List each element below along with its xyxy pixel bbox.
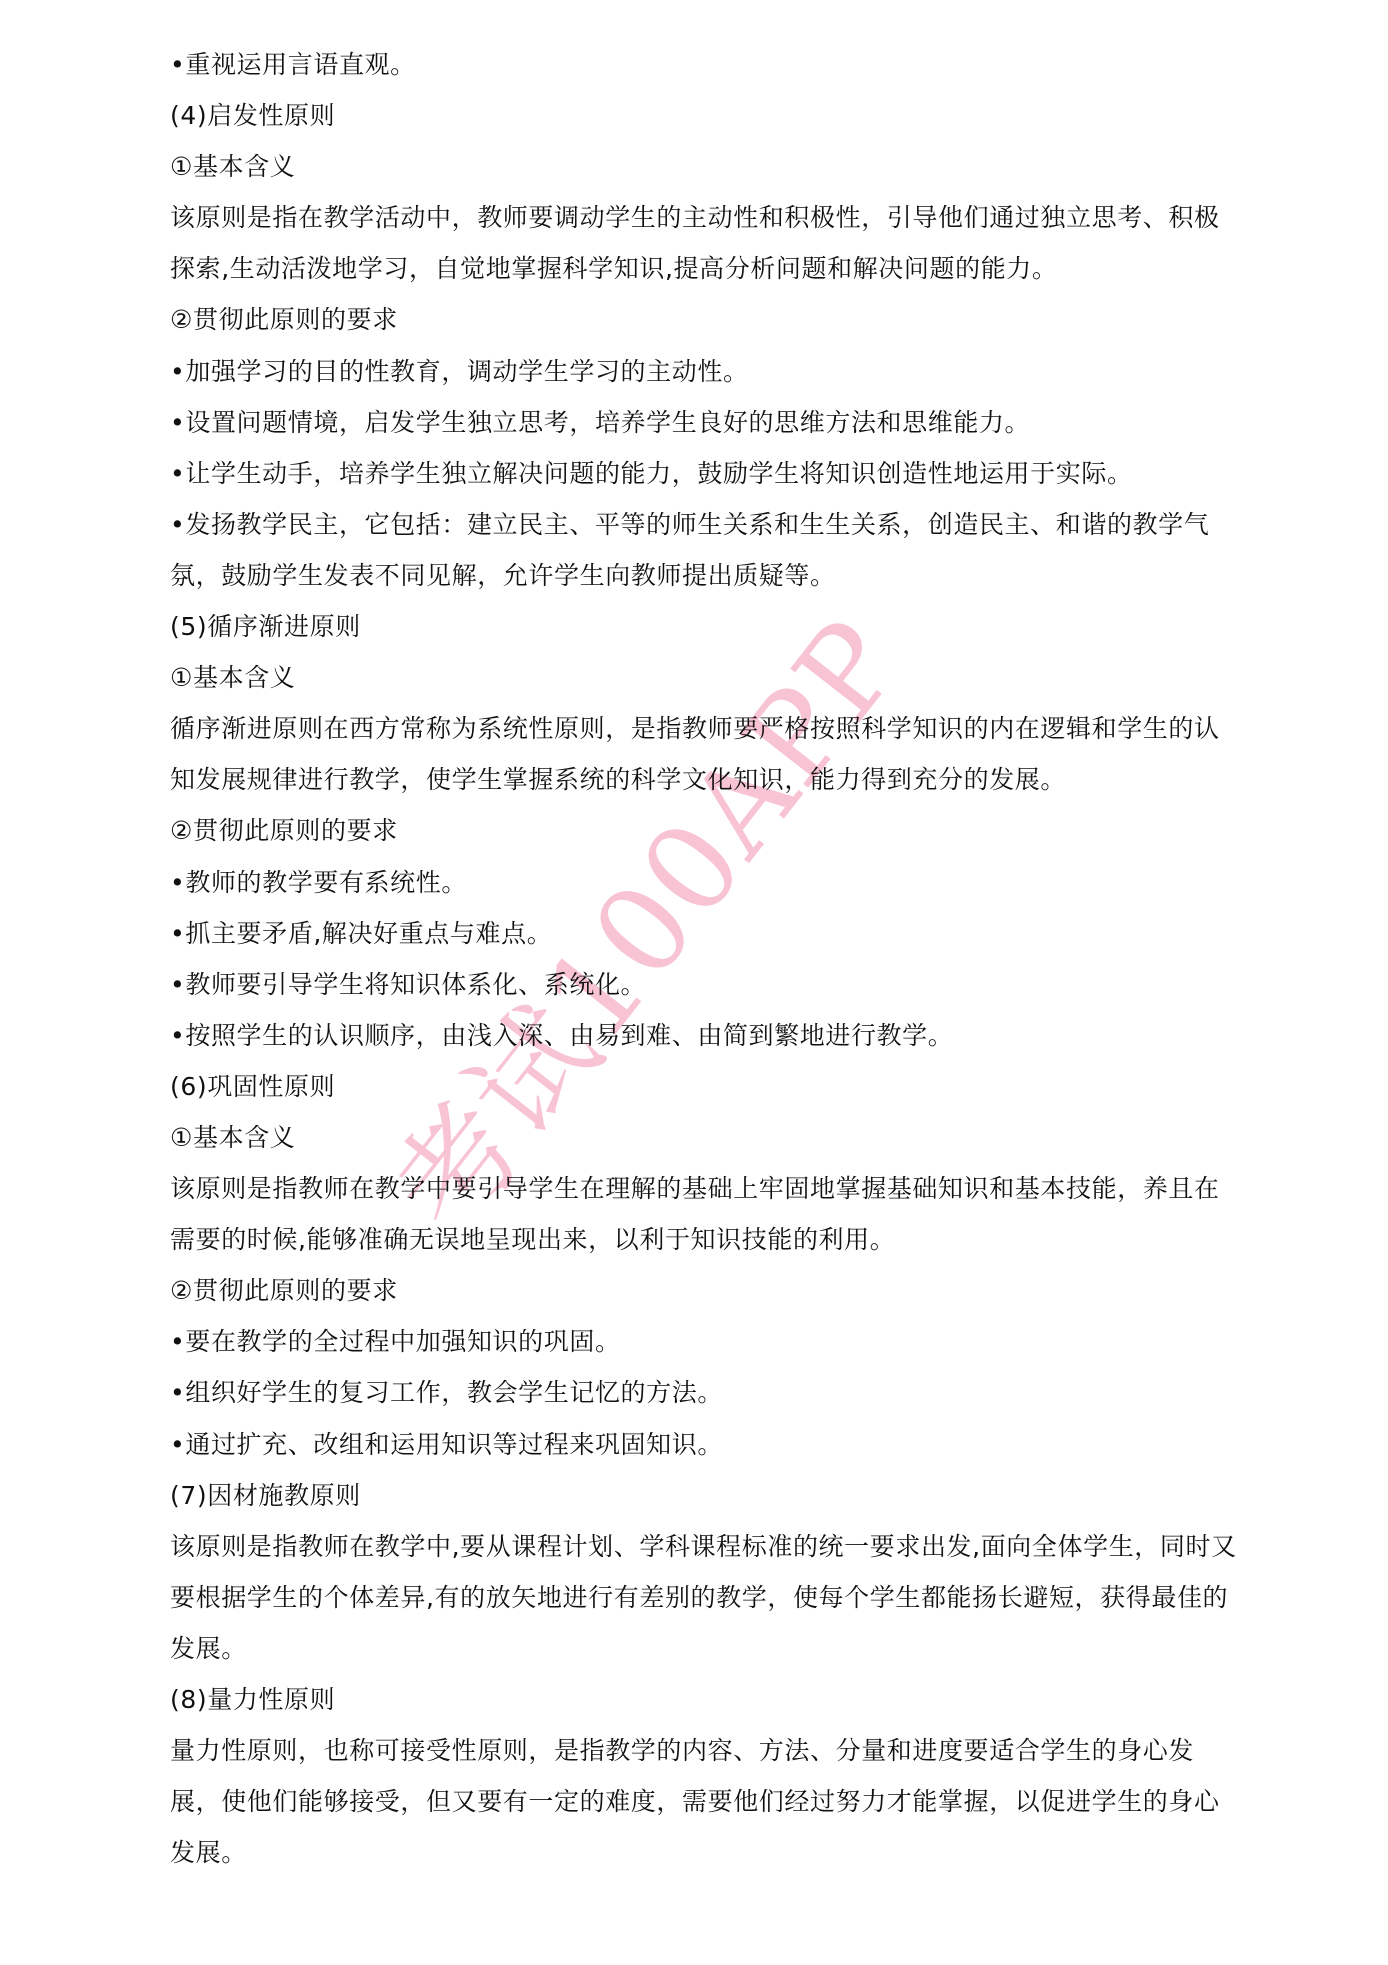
- paragraph-line: 该原则是指在教学活动中，教师要调动学生的主动性和积极性，引导他们通过独立思考、积…: [170, 192, 1230, 243]
- subsection-heading: ②贯彻此原则的要求: [170, 805, 1230, 856]
- bullet-item: •抓主要矛盾,解决好重点与难点。: [170, 908, 1230, 959]
- paragraph-line: 探索,生动活泼地学习，自觉地掌握科学知识,提高分析问题和解决问题的能力。: [170, 243, 1230, 294]
- paragraph-line: 发展。: [170, 1623, 1230, 1674]
- subsection-heading: ②贯彻此原则的要求: [170, 294, 1230, 345]
- bullet-item: •重视运用言语直观。: [170, 39, 1230, 90]
- paragraph-line: 该原则是指教师在教学中,要从课程计划、学科课程标准的统一要求出发,面向全体学生，…: [170, 1521, 1230, 1572]
- bullet-item: •按照学生的认识顺序，由浅入深、由易到难、由简到繁地进行教学。: [170, 1010, 1230, 1061]
- subsection-heading: ①基本含义: [170, 1112, 1230, 1163]
- bullet-item: •设置问题情境，启发学生独立思考，培养学生良好的思维方法和思维能力。: [170, 397, 1230, 448]
- bullet-item: •发扬教学民主，它包括：建立民主、平等的师生关系和生生关系，创造民主、和谐的教学…: [170, 499, 1230, 550]
- subsection-heading: ②贯彻此原则的要求: [170, 1265, 1230, 1316]
- section-heading: (5)循序渐进原则: [170, 601, 1230, 652]
- bullet-item: •加强学习的目的性教育，调动学生学习的主动性。: [170, 346, 1230, 397]
- section-heading: (7)因材施教原则: [170, 1470, 1230, 1521]
- bullet-item: •教师要引导学生将知识体系化、系统化。: [170, 959, 1230, 1010]
- paragraph-line: 展，使他们能够接受，但又要有一定的难度，需要他们经过努力才能掌握，以促进学生的身…: [170, 1776, 1230, 1827]
- paragraph-line: 量力性原则，也称可接受性原则，是指教学的内容、方法、分量和进度要适合学生的身心发: [170, 1725, 1230, 1776]
- bullet-item: •让学生动手，培养学生独立解决问题的能力，鼓励学生将知识创造性地运用于实际。: [170, 448, 1230, 499]
- paragraph-line: 氛，鼓励学生发表不同见解，允许学生向教师提出质疑等。: [170, 550, 1230, 601]
- bullet-item: •通过扩充、改组和运用知识等过程来巩固知识。: [170, 1419, 1230, 1470]
- paragraph-line: 要根据学生的个体差异,有的放矢地进行有差别的教学，使每个学生都能扬长避短，获得最…: [170, 1572, 1230, 1623]
- section-heading: (4)启发性原则: [170, 90, 1230, 141]
- subsection-heading: ①基本含义: [170, 141, 1230, 192]
- subsection-heading: ①基本含义: [170, 652, 1230, 703]
- bullet-item: •教师的教学要有系统性。: [170, 857, 1230, 908]
- paragraph-line: 循序渐进原则在西方常称为系统性原则，是指教师要严格按照科学知识的内在逻辑和学生的…: [170, 703, 1230, 754]
- document-body: •重视运用言语直观。 (4)启发性原则 ①基本含义 该原则是指在教学活动中，教师…: [170, 39, 1230, 1878]
- paragraph-line: 知发展规律进行教学，使学生掌握系统的科学文化知识，能力得到充分的发展。: [170, 754, 1230, 805]
- paragraph-line: 该原则是指教师在教学中要引导学生在理解的基础上牢固地掌握基础知识和基本技能，养且…: [170, 1163, 1230, 1214]
- section-heading: (6)巩固性原则: [170, 1061, 1230, 1112]
- bullet-item: •组织好学生的复习工作，教会学生记忆的方法。: [170, 1367, 1230, 1418]
- section-heading: (8)量力性原则: [170, 1674, 1230, 1725]
- paragraph-line: 发展。: [170, 1827, 1230, 1878]
- paragraph-line: 需要的时候,能够准确无误地呈现出来，以利于知识技能的利用。: [170, 1214, 1230, 1265]
- bullet-item: •要在教学的全过程中加强知识的巩固。: [170, 1316, 1230, 1367]
